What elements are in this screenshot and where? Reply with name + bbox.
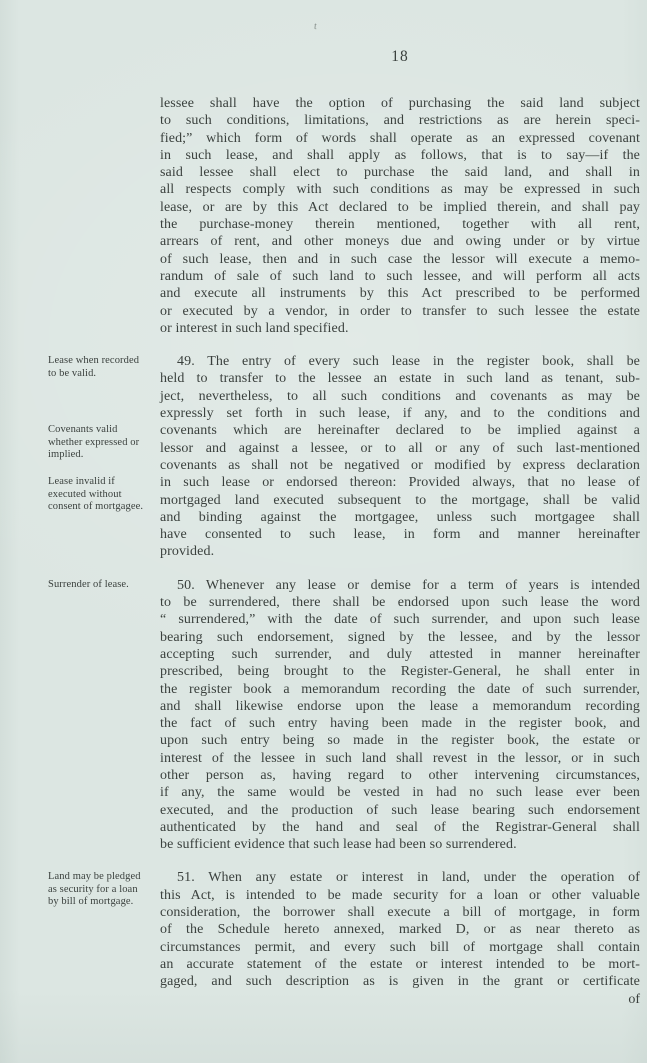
text-line: in such lease, and shall apply as follow… <box>160 147 640 164</box>
margin-note: Land may be pledged as security for a lo… <box>48 871 150 909</box>
text-line: if any, the same would be vested in had … <box>160 784 640 801</box>
text-line: consideration, the borrower shall execut… <box>160 904 640 921</box>
margin-note: Lease when recorded to be valid. <box>48 355 150 380</box>
statute-paragraph: lessee shall have the option of purchasi… <box>46 95 640 337</box>
stray-ink-mark: t <box>313 21 317 32</box>
text-line: all respects comply with such conditions… <box>160 181 640 198</box>
text-line: the purchase-money therein mentioned, to… <box>160 216 640 233</box>
text-line: accepting such surrender, and duly attes… <box>160 646 640 663</box>
margin-notes-column <box>46 95 160 337</box>
text-line: authenticated by the hand and seal of th… <box>160 819 640 836</box>
margin-note: Surrender of lease. <box>48 579 150 592</box>
text-line: or interest in such land specified. <box>160 320 640 337</box>
text-line: have consented to such lease, in form an… <box>160 526 640 543</box>
paragraph-body: lessee shall have the option of purchasi… <box>160 95 640 337</box>
margin-notes-column: Land may be pledged as security for a lo… <box>46 869 160 990</box>
text-line: to be surrendered, there shall be endors… <box>160 594 640 611</box>
text-line: interest of the lessee in such land shal… <box>160 750 640 767</box>
text-line: said lessee shall elect to purchase the … <box>160 164 640 181</box>
document-page: t 18 lessee shall have the option of pur… <box>0 0 647 1063</box>
text-line: 50. Whenever any lease or demise for a t… <box>160 577 640 594</box>
text-line: 51. When any estate or interest in land,… <box>160 869 640 886</box>
text-line: lease, or are by this Act declared to be… <box>160 199 640 216</box>
statute-paragraph: Land may be pledged as security for a lo… <box>46 869 640 990</box>
statute-paragraph: Lease when recorded to be valid.Covenant… <box>46 353 640 561</box>
statute-paragraph: Surrender of lease. 50. Whenever any lea… <box>46 577 640 854</box>
catchword: of <box>160 991 640 1008</box>
page-number: 18 <box>160 48 640 66</box>
text-line: executed, and the production of such lea… <box>160 802 640 819</box>
text-line: covenants which are hereinafter declared… <box>160 422 640 439</box>
paragraphs: lessee shall have the option of purchasi… <box>46 95 640 991</box>
text-line: held to transfer to the lessee an estate… <box>160 370 640 387</box>
margin-notes-column: Lease when recorded to be valid.Covenant… <box>46 353 160 561</box>
text-line: of the Schedule hereto annexed, marked D… <box>160 921 640 938</box>
text-line: of such lease, then and in such case the… <box>160 251 640 268</box>
paragraph-body: 51. When any estate or interest in land,… <box>160 869 640 990</box>
text-line: ject, nevertheless, to all such conditio… <box>160 388 640 405</box>
text-line: provided. <box>160 543 640 560</box>
text-line: randum of sale of such land to such less… <box>160 268 640 285</box>
text-line: prescribed, being brought to the Registe… <box>160 663 640 680</box>
text-line: bearing such endorsement, signed by the … <box>160 629 640 646</box>
margin-note: Lease invalid if executed without consen… <box>48 476 150 514</box>
text-line: to such conditions, limitations, and res… <box>160 112 640 129</box>
text-line: upon such entry being so made in the reg… <box>160 732 640 749</box>
text-line: the fact of such entry having been made … <box>160 715 640 732</box>
text-line: 49. The entry of every such lease in the… <box>160 353 640 370</box>
paragraph-body: 50. Whenever any lease or demise for a t… <box>160 577 640 854</box>
text-line: mortgaged land executed subsequent to th… <box>160 492 640 509</box>
text-line: and execute all instruments by this Act … <box>160 285 640 302</box>
text-line: in such lease or endorsed thereon: Provi… <box>160 474 640 491</box>
text-line: the register book a memorandum recording… <box>160 681 640 698</box>
text-line: be sufficient evidence that such lease h… <box>160 836 640 853</box>
text-line: other person as, having regard to other … <box>160 767 640 784</box>
text-line: covenants as shall not be negatived or m… <box>160 457 640 474</box>
text-line: arrears of rent, and other moneys due an… <box>160 233 640 250</box>
text-line: or executed by a vendor, in order to tra… <box>160 303 640 320</box>
text-line: and shall likewise endorse upon the leas… <box>160 698 640 715</box>
text-line: fied;” which form of words shall operate… <box>160 130 640 147</box>
catchword-row: of <box>46 991 640 1008</box>
text-line: and binding against the mortgagee, unles… <box>160 509 640 526</box>
margin-note: Covenants valid whether expressed or imp… <box>48 424 150 462</box>
text-line: lessor and against a lessee, or to all o… <box>160 440 640 457</box>
text-line: this Act, is intended to be made securit… <box>160 887 640 904</box>
text-line: circumstances permit, and every such bil… <box>160 939 640 956</box>
text-line: lessee shall have the option of purchasi… <box>160 95 640 112</box>
margin-notes-column: Surrender of lease. <box>46 577 160 854</box>
paragraph-body: 49. The entry of every such lease in the… <box>160 353 640 561</box>
text-line: expressly set forth in such lease, if an… <box>160 405 640 422</box>
text-line: “ surrendered,” with the date of such su… <box>160 611 640 628</box>
text-line: an accurate statement of the estate or i… <box>160 956 640 973</box>
text-line: gaged, and such description as is given … <box>160 973 640 990</box>
